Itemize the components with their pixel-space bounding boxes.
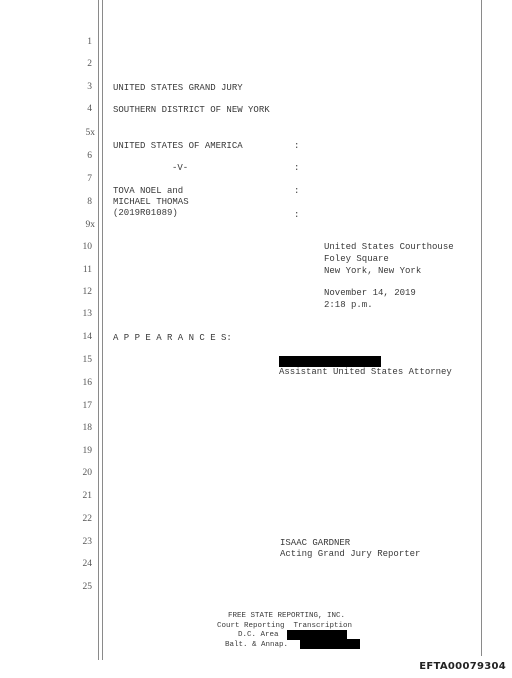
line-number: 19 (60, 446, 92, 456)
line-number: 7 (60, 174, 92, 184)
court-district: SOUTHERN DISTRICT OF NEW YORK (113, 105, 270, 117)
left-margin-rule-1 (98, 0, 99, 660)
hearing-time: 2:18 p.m. (324, 300, 373, 312)
redacted-balt-phone (300, 639, 360, 649)
line-number: 11 (60, 265, 92, 275)
appearances-heading: A P P E A R A N C E S: (113, 333, 232, 345)
line-number: 9x (63, 220, 95, 230)
line-number: 10 (60, 242, 92, 252)
footer-balt-label: Balt. & Annap. (225, 640, 288, 650)
caption-colon: : (294, 186, 299, 198)
left-margin-rule-2 (102, 0, 103, 660)
caption-defendant-1: TOVA NOEL and (113, 186, 183, 198)
location-city: New York, New York (324, 266, 421, 278)
location-courthouse: United States Courthouse (324, 242, 454, 254)
line-number: 4 (60, 104, 92, 114)
line-number: 16 (60, 378, 92, 388)
line-number: 13 (60, 309, 92, 319)
caption-plaintiff: UNITED STATES OF AMERICA (113, 141, 243, 153)
reporter-title: Acting Grand Jury Reporter (280, 549, 420, 561)
caption-defendant-2: MICHAEL THOMAS (113, 197, 189, 209)
line-number: 15 (60, 355, 92, 365)
line-number: 5x (63, 128, 95, 138)
caption-colon: : (294, 210, 299, 222)
footer-dc-label: D.C. Area (238, 630, 279, 640)
caption-versus: -V- (172, 163, 188, 175)
line-number: 22 (60, 514, 92, 524)
attorney-title: Assistant United States Attorney (279, 367, 452, 379)
caption-colon: : (294, 163, 299, 175)
line-number: 24 (60, 559, 92, 569)
line-number: 17 (60, 401, 92, 411)
line-number: 20 (60, 468, 92, 478)
line-number: 8 (60, 197, 92, 207)
caption-case-number: (2019R01089) (113, 208, 178, 220)
line-number: 3 (60, 82, 92, 92)
redacted-attorney-name (279, 356, 381, 367)
line-number: 25 (60, 582, 92, 592)
line-number: 14 (60, 332, 92, 342)
location-square: Foley Square (324, 254, 389, 266)
hearing-date: November 14, 2019 (324, 288, 416, 300)
line-number: 18 (60, 423, 92, 433)
line-number: 2 (60, 59, 92, 69)
line-number: 21 (60, 491, 92, 501)
line-number: 23 (60, 537, 92, 547)
line-number: 1 (60, 37, 92, 47)
bates-number: EFTA00079304 (419, 661, 506, 672)
reporter-name: ISAAC GARDNER (280, 538, 350, 550)
court-title: UNITED STATES GRAND JURY (113, 83, 243, 95)
right-margin-rule (481, 0, 482, 656)
footer-company: FREE STATE REPORTING, INC. (228, 611, 345, 621)
line-number: 12 (60, 287, 92, 297)
caption-colon: : (294, 141, 299, 153)
line-number: 6 (60, 151, 92, 161)
